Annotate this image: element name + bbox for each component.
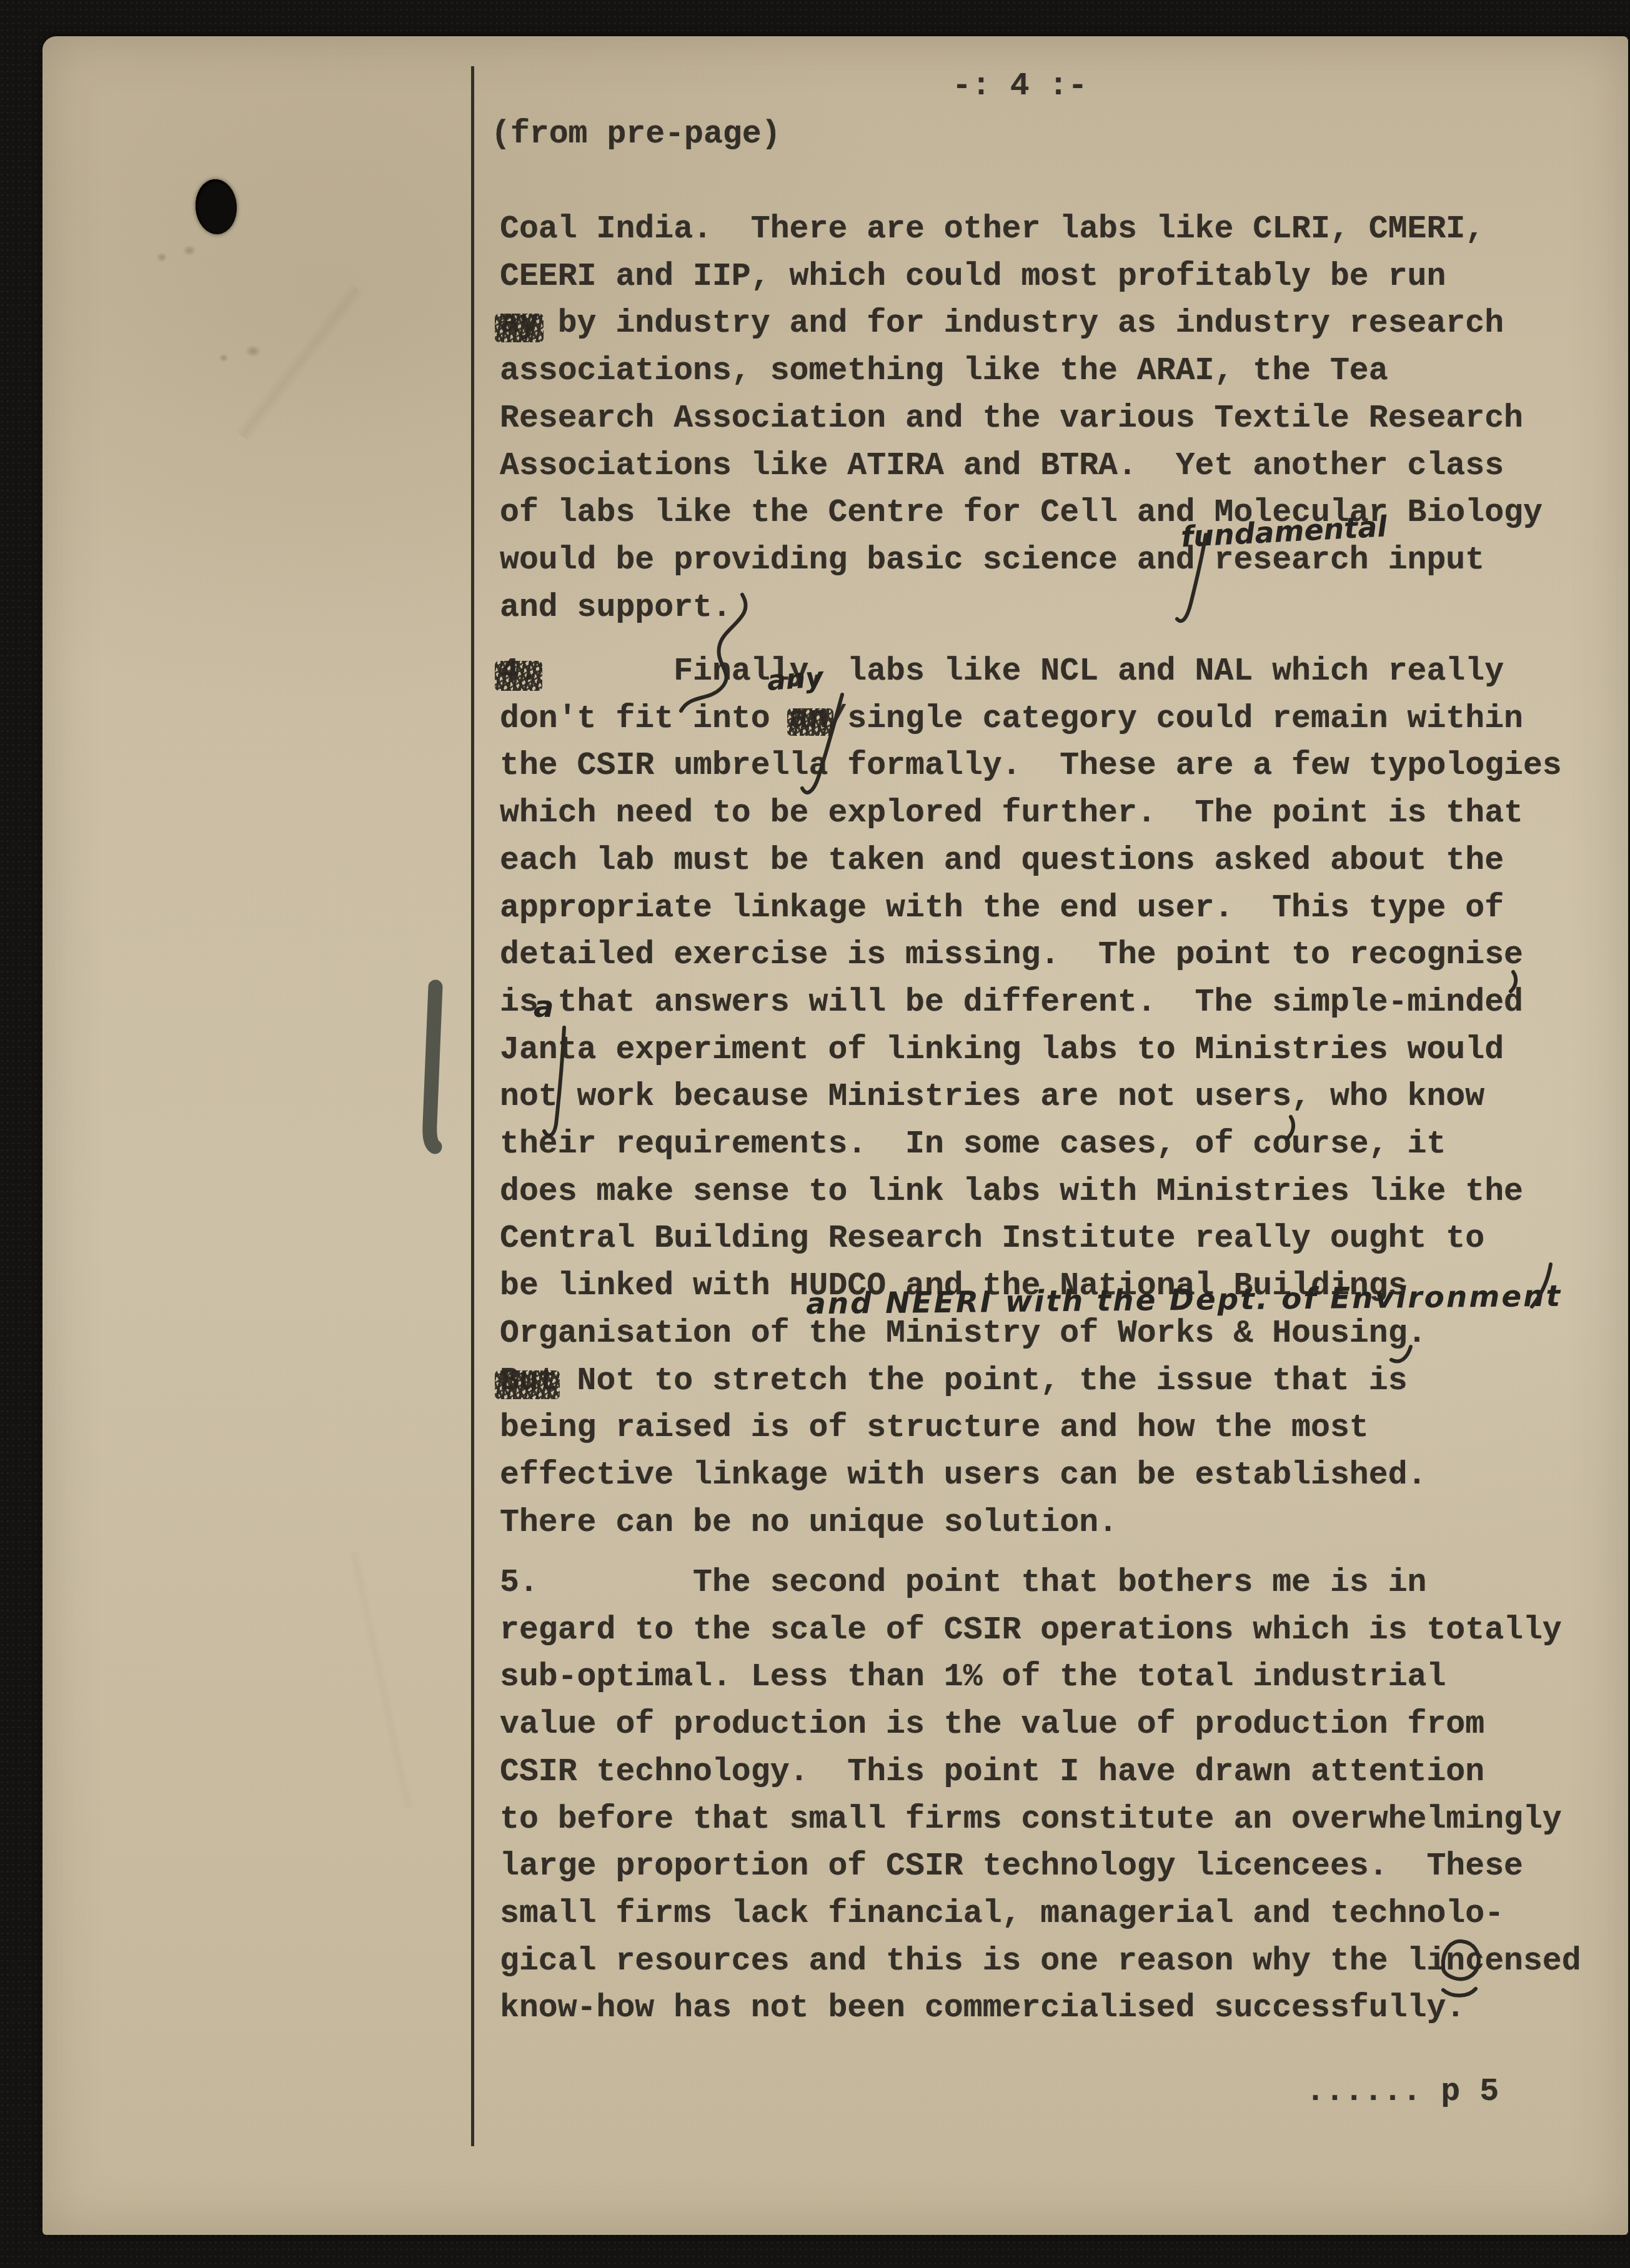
typed-line: Research Association and the various Tex…: [500, 395, 1543, 443]
typed-line: There can be no unique solution.: [500, 1500, 1562, 1547]
typed-line: Janta experiment of linking labs to Mini…: [500, 1027, 1562, 1074]
typed-line: each lab must be taken and questions ask…: [500, 838, 1562, 885]
strikeout-blot-ay: [495, 314, 544, 342]
typed-line: But Not to stretch the point, the issue …: [500, 1358, 1562, 1405]
typed-line: being raised is of structure and how the…: [500, 1405, 1562, 1452]
typed-line: detailed exercise is missing. The point …: [500, 932, 1562, 979]
typed-line: 5. The second point that bothers me is i…: [500, 1560, 1581, 1607]
footer-page-ref: ...... p 5: [1306, 2069, 1499, 2116]
typed-line: regard to the scale of CSIR operations w…: [500, 1607, 1581, 1655]
typed-line: large proportion of CSIR technology lice…: [500, 1843, 1581, 1891]
typed-line: 4. Finally, labs like NCL and NAL which …: [500, 648, 1562, 696]
typed-line: the CSIR umbrella formally. These are a …: [500, 743, 1562, 790]
typed-line: which need to be explored further. The p…: [500, 790, 1562, 838]
strikeout-blot-but: [495, 1370, 560, 1399]
typed-line: and support.: [500, 585, 1543, 632]
paper-dent: [219, 354, 229, 362]
handwritten-any: any: [766, 661, 824, 697]
typed-line: gical resources and this is one reason w…: [500, 1938, 1581, 1986]
typed-line: small firms lack financial, managerial a…: [500, 1891, 1581, 1938]
paper-dent: [245, 345, 261, 357]
typed-line: effective linkage with users can be esta…: [500, 1452, 1562, 1500]
continuation-note: (from pre-page): [491, 111, 781, 159]
typed-line: don't fit into an/single category could …: [500, 696, 1562, 743]
typed-line: Coal India. There are other labs like CL…: [500, 206, 1543, 254]
typed-line: is that answers will be different. The s…: [500, 979, 1562, 1027]
paper-dent: [182, 245, 196, 256]
typed-line: CSIR technology. This point I have drawn…: [500, 1749, 1581, 1796]
typed-line: Central Building Research Institute real…: [500, 1216, 1562, 1263]
strikeout-blot-an: [787, 708, 833, 736]
typed-line: sub-optimal. Less than 1% of the total i…: [500, 1654, 1581, 1701]
typed-line: associations, something like the ARAI, t…: [500, 348, 1543, 395]
paper-dent: [156, 252, 167, 262]
paragraph-2: 4. Finally, labs like NCL and NAL which …: [500, 648, 1562, 1547]
paragraph-3: 5. The second point that bothers me is i…: [500, 1560, 1581, 2033]
typed-line: value of production is the value of prod…: [500, 1701, 1581, 1749]
typed-line: does make sense to link labs with Minist…: [500, 1169, 1562, 1216]
page-number-header: -: 4 :-: [952, 63, 1087, 111]
scanned-typewritten-page: { "header": { "page_number": "-: 4 :-", …: [0, 0, 1630, 2268]
typed-line: know-how has not been commercialised suc…: [500, 1985, 1581, 2033]
strikeout-blot-paragraph-number: [495, 661, 542, 691]
typed-line: not work because Ministries are not user…: [500, 1074, 1562, 1121]
typed-line: CEERI and IIP, which could most profitab…: [500, 254, 1543, 301]
typed-line: their requirements. In some cases, of co…: [500, 1121, 1562, 1169]
paragraph-1: Coal India. There are other labs like CL…: [500, 206, 1543, 631]
typed-line: ay by industry and for industry as indus…: [500, 300, 1543, 348]
handwritten-a-insert: a: [534, 989, 554, 1024]
typed-line: appropriate linkage with the end user. T…: [500, 885, 1562, 933]
margin-rule-line: [471, 66, 474, 2146]
typed-line: to before that small firms constitute an…: [500, 1796, 1581, 1844]
typed-line: Associations like ATIRA and BTRA. Yet an…: [500, 443, 1543, 490]
typed-line: would be providing basic science and res…: [500, 537, 1543, 585]
